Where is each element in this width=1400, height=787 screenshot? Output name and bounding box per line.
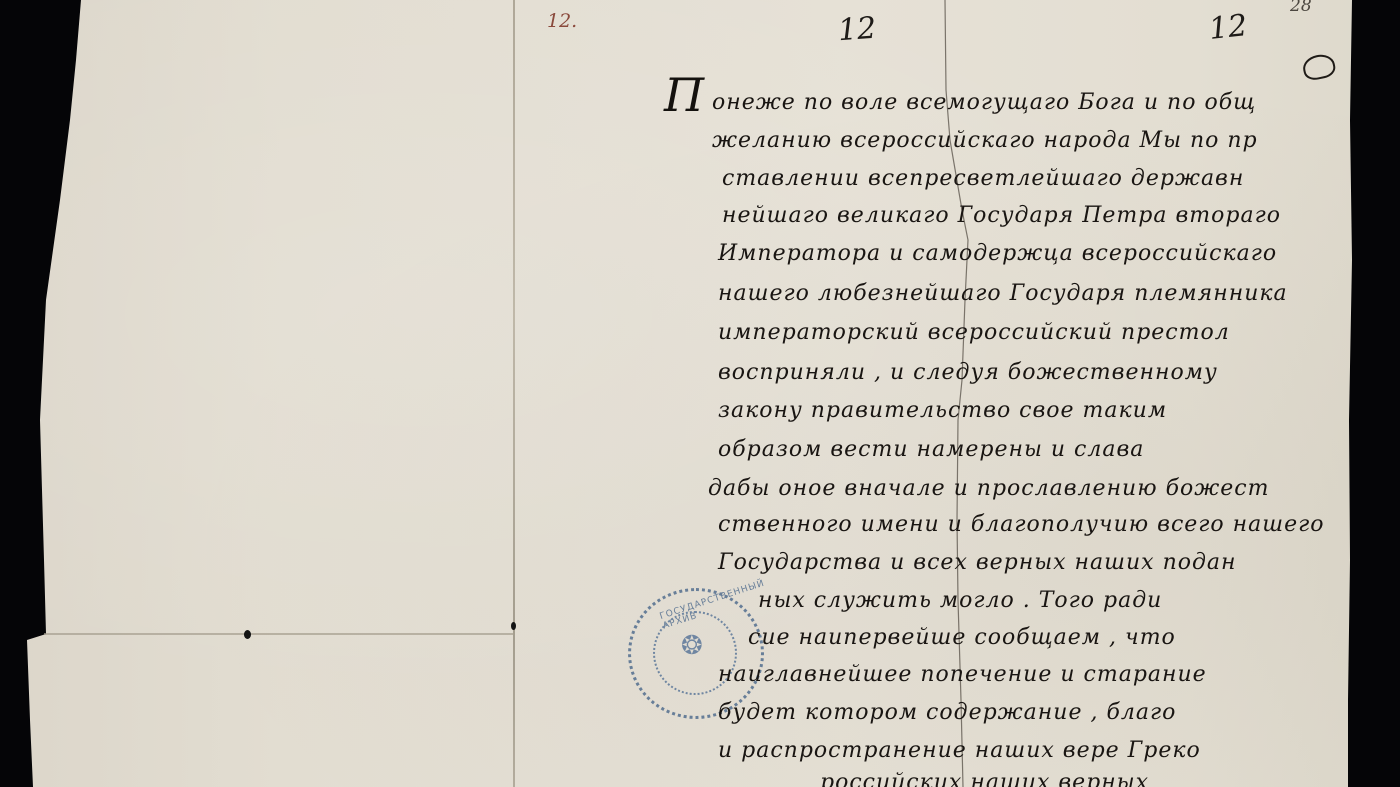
manuscript-text: П онеже по воле всемогущаго Бога и по об… bbox=[0, 0, 1400, 787]
text-line: Императора и самодержца всероссийскаго bbox=[718, 241, 1277, 266]
text-line: нейшаго великаго Государя Петра втораго bbox=[722, 203, 1281, 228]
text-line: российских наших верных bbox=[820, 770, 1149, 787]
text-line: образом вести намерены и слава bbox=[718, 437, 1144, 462]
text-line: ставлении всепресветлейшаго державн bbox=[722, 166, 1244, 191]
text-line: будет котором содержание , благо bbox=[718, 700, 1176, 725]
text-line: дабы оное вначале и прославлению божест bbox=[708, 476, 1269, 501]
text-line: нашего любезнейшаго Государя племянника bbox=[718, 281, 1288, 306]
text-line: императорский всероссийский престол bbox=[718, 320, 1230, 345]
text-line: восприняли , и следуя божественному bbox=[718, 360, 1218, 385]
text-line: Государства и всех верных наших подан bbox=[718, 550, 1237, 575]
text-line: закону правительство свое таким bbox=[718, 398, 1167, 423]
text-line: желанию всероссийскаго народа Мы по пр bbox=[712, 128, 1258, 153]
manuscript-scene: 12. 12 12 28 ГОСУДАРСТВЕННЫЙ АРХИВ ❂ П о… bbox=[0, 0, 1400, 787]
text-line: наиглавнейшее попечение и старание bbox=[718, 662, 1207, 687]
text-line: онеже по воле всемогущаго Бога и по общ bbox=[712, 90, 1256, 115]
drop-cap: П bbox=[664, 68, 704, 122]
text-line: ственного имени и благополучию всего наш… bbox=[718, 512, 1324, 537]
text-line: ных служить могло . Того ради bbox=[758, 588, 1162, 613]
text-line: сие наипервейше сообщаем , что bbox=[748, 625, 1176, 650]
text-line: и распространение наших вере Греко bbox=[718, 738, 1201, 763]
